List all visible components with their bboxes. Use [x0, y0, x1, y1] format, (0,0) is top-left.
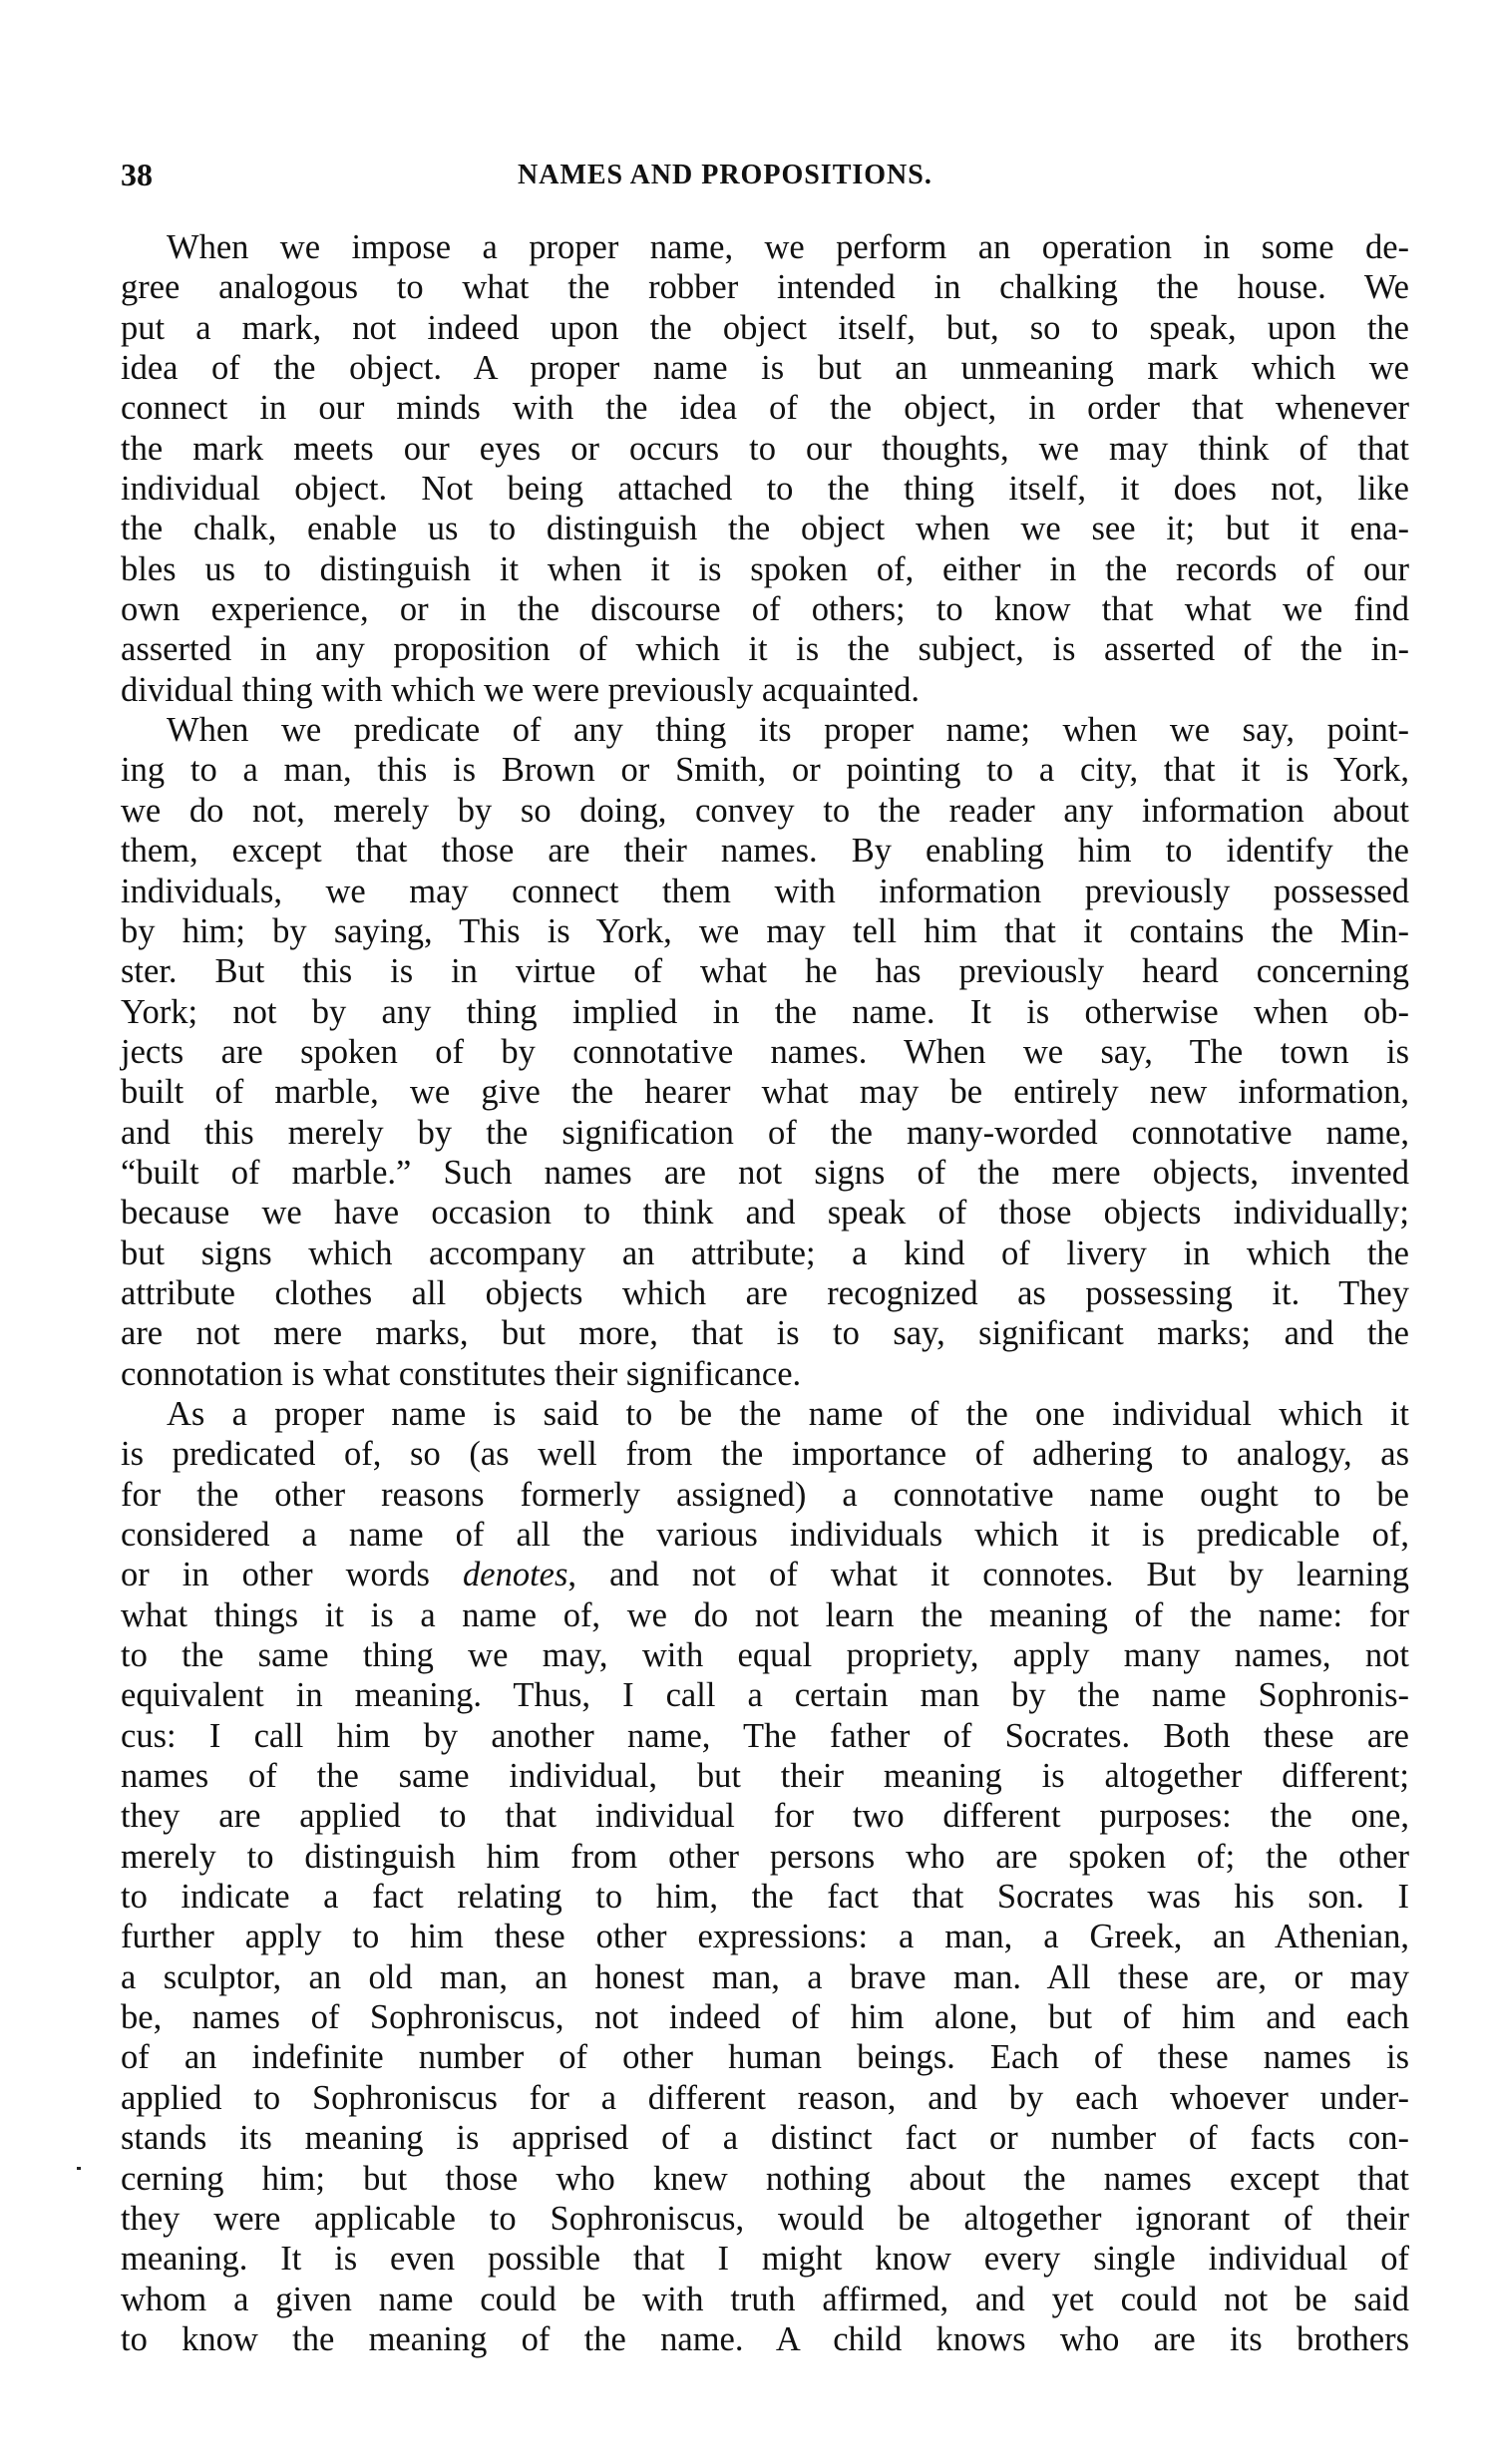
- text-line: individuals, we may connect them with in…: [121, 872, 1409, 911]
- text-line: be, names of Sophroniscus, not indeed of…: [121, 1997, 1409, 2037]
- text-line: further apply to him these other express…: [121, 1917, 1409, 1956]
- text-line: As a proper name is said to be the name …: [121, 1394, 1409, 1434]
- paragraph-1: When we impose a proper name, we perform…: [121, 227, 1409, 710]
- text-line: what things it is a name of, we do not l…: [121, 1595, 1409, 1635]
- text-line: they were applicable to Sophroniscus, wo…: [121, 2199, 1409, 2239]
- text-line: built of marble, we give the hearer what…: [121, 1072, 1409, 1112]
- text-segment: , and not of what it connotes. But by le…: [567, 1556, 1409, 1593]
- text-line: dividual thing with which we were previo…: [121, 670, 1409, 710]
- text-line: When we impose a proper name, we perform…: [121, 227, 1409, 267]
- text-line: bles us to distinguish it when it is spo…: [121, 549, 1409, 589]
- text-line: put a mark, not indeed upon the object i…: [121, 308, 1409, 348]
- text-line: merely to distinguish him from other per…: [121, 1837, 1409, 1877]
- text-line: is predicated of, so (as well from the i…: [121, 1434, 1409, 1474]
- text-line: asserted in any proposition of which it …: [121, 629, 1409, 669]
- text-line: for the other reasons formerly assigned)…: [121, 1475, 1409, 1515]
- text-line-with-italic: or in other words denotes, and not of wh…: [121, 1555, 1409, 1594]
- text-line: ster. But this is in virtue of what he h…: [121, 951, 1409, 991]
- text-line: to know the meaning of the name. A child…: [121, 2319, 1409, 2359]
- text-line: and this merely by the signification of …: [121, 1113, 1409, 1153]
- text-line: idea of the object. A proper name is but…: [121, 348, 1409, 388]
- paragraph-2: When we predicate of any thing its prope…: [121, 710, 1409, 1394]
- text-segment: or in other words: [121, 1556, 463, 1593]
- text-line: individual object. Not being attached to…: [121, 469, 1409, 509]
- paragraph-3: As a proper name is said to be the name …: [121, 1394, 1409, 2359]
- text-line: are not mere marks, but more, that is to…: [121, 1313, 1409, 1353]
- text-line: because we have occasion to think and sp…: [121, 1193, 1409, 1232]
- italic-term-denotes: denotes: [463, 1556, 567, 1593]
- page-number: 38: [121, 158, 153, 191]
- text-line: to indicate a fact relating to him, the …: [121, 1877, 1409, 1917]
- text-line: stands its meaning is apprised of a dist…: [121, 2118, 1409, 2158]
- body-text: When we impose a proper name, we perform…: [121, 227, 1409, 2359]
- text-line: of an indefinite number of other human b…: [121, 2037, 1409, 2077]
- text-line: connotation is what constitutes their si…: [121, 1354, 1409, 1394]
- text-line: “built of marble.” Such names are not si…: [121, 1153, 1409, 1193]
- text-line: connect in our minds with the idea of th…: [121, 388, 1409, 428]
- text-line: own experience, or in the discourse of o…: [121, 589, 1409, 629]
- text-line: but signs which accompany an attribute; …: [121, 1233, 1409, 1273]
- text-line: cus: I call him by another name, The fat…: [121, 1716, 1409, 1756]
- text-line: to the same thing we may, with equal pro…: [121, 1635, 1409, 1675]
- book-page: 38 NAMES AND PROPOSITIONS. When we impos…: [0, 0, 1490, 2464]
- text-line: ing to a man, this is Brown or Smith, or…: [121, 750, 1409, 790]
- text-line: names of the same individual, but their …: [121, 1756, 1409, 1796]
- text-line: the chalk, enable us to distinguish the …: [121, 509, 1409, 548]
- text-line: they are applied to that individual for …: [121, 1796, 1409, 1836]
- text-line: cerning him; but those who knew nothing …: [121, 2159, 1409, 2199]
- running-title: NAMES AND PROPOSITIONS.: [518, 160, 1016, 191]
- text-line: by him; by saying, This is York, we may …: [121, 911, 1409, 951]
- text-line: equivalent in meaning. Thus, I call a ce…: [121, 1675, 1409, 1715]
- text-line: gree analogous to what the robber intend…: [121, 267, 1409, 307]
- text-line: the mark meets our eyes or occurs to our…: [121, 429, 1409, 469]
- scan-speck: [77, 2167, 81, 2170]
- text-line: jects are spoken of by connotative names…: [121, 1032, 1409, 1072]
- text-line: applied to Sophroniscus for a different …: [121, 2078, 1409, 2118]
- text-line: meaning. It is even possible that I migh…: [121, 2239, 1409, 2279]
- text-line: we do not, merely by so doing, convey to…: [121, 791, 1409, 831]
- text-line: a sculptor, an old man, an honest man, a…: [121, 1957, 1409, 1997]
- text-line: them, except that those are their names.…: [121, 831, 1409, 871]
- text-line: When we predicate of any thing its prope…: [121, 710, 1409, 750]
- text-line: attribute clothes all objects which are …: [121, 1273, 1409, 1313]
- text-line: York; not by any thing implied in the na…: [121, 992, 1409, 1032]
- text-line: considered a name of all the various ind…: [121, 1515, 1409, 1555]
- text-line: whom a given name could be with truth af…: [121, 2280, 1409, 2319]
